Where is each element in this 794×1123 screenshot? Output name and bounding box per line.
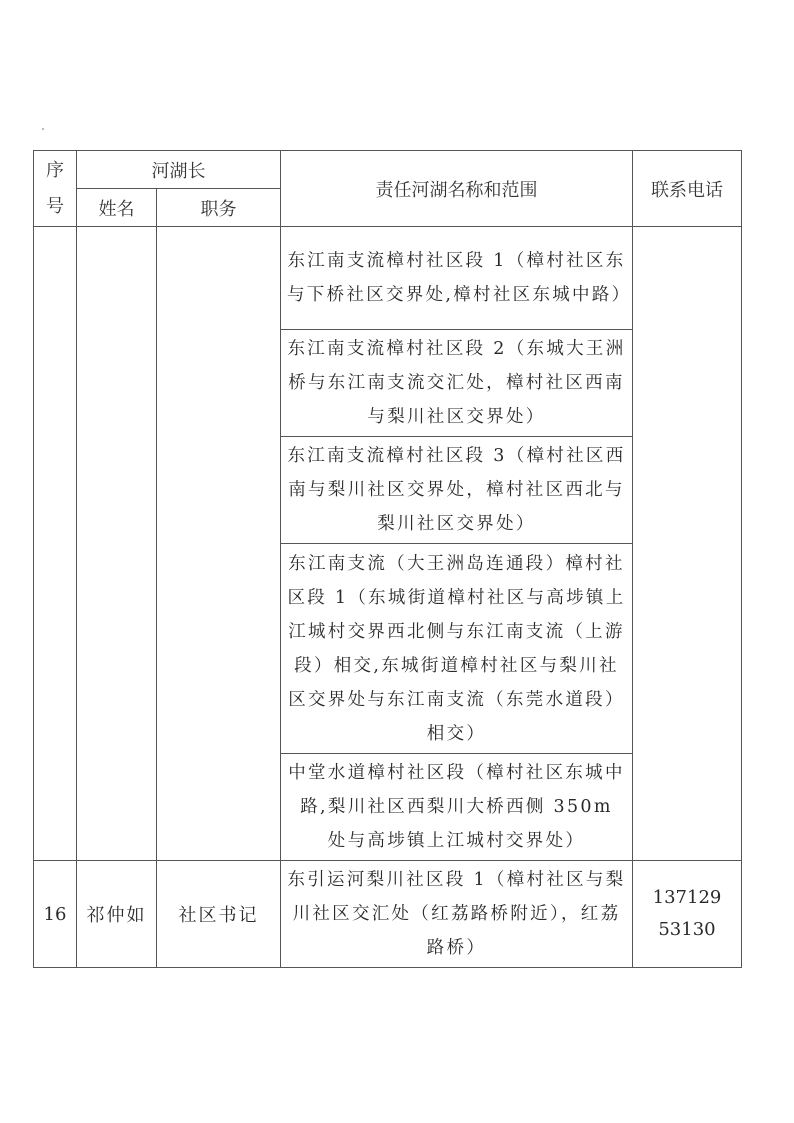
table-row: 东江南支流樟村社区段 1（樟村社区东与下桥社区交界处,樟村社区东城中路） [34, 227, 742, 330]
table-row: 16 祁仲如 社区书记 东引运河梨川社区段 1（樟村社区与梨川社区交汇处（红荔路… [34, 861, 742, 968]
header-seq-line2: 号 [34, 189, 76, 225]
phone-cell: 137129 53130 [633, 861, 742, 968]
header-seq-line1: 序 [34, 153, 76, 189]
river-chief-table: 序 号 河湖长 责任河湖名称和范围 联系电话 姓名 职务 东江南支流樟村社区段 … [33, 150, 742, 968]
scope-cell: 中堂水道樟村社区段（樟村社区东城中路,梨川社区西梨川大桥西侧 350m 处与高埗… [281, 754, 633, 861]
header-position: 职务 [157, 189, 281, 227]
phone-line2: 53130 [633, 914, 741, 946]
name-cell [77, 227, 157, 861]
scope-cell: 东江南支流（大王洲岛连通段）樟村社区段 1（东城街道樟村社区与高埗镇上江城村交界… [281, 544, 633, 754]
header-name: 姓名 [77, 189, 157, 227]
scope-cell: 东江南支流樟村社区段 2（东城大王洲桥与东江南支流交汇处，樟村社区西南与梨川社区… [281, 330, 633, 437]
scope-cell: 东引运河梨川社区段 1（樟村社区与梨川社区交汇处（红荔路桥附近），红荔路桥） [281, 861, 633, 968]
phone-cell [633, 227, 742, 861]
phone-line1: 137129 [633, 882, 741, 914]
seq-cell: 16 [34, 861, 77, 968]
seq-cell [34, 227, 77, 861]
header-seq: 序 号 [34, 151, 77, 227]
position-cell [157, 227, 281, 861]
scan-speck [42, 128, 44, 130]
header-row-top: 序 号 河湖长 责任河湖名称和范围 联系电话 [34, 151, 742, 189]
name-cell: 祁仲如 [77, 861, 157, 968]
position-cell: 社区书记 [157, 861, 281, 968]
header-river-chief: 河湖长 [77, 151, 281, 189]
header-phone: 联系电话 [633, 151, 742, 227]
scope-cell: 东江南支流樟村社区段 3（樟村社区西南与梨川社区交界处，樟村社区西北与梨川社区交… [281, 437, 633, 544]
header-scope: 责任河湖名称和范围 [281, 151, 633, 227]
scope-cell: 东江南支流樟村社区段 1（樟村社区东与下桥社区交界处,樟村社区东城中路） [281, 227, 633, 330]
